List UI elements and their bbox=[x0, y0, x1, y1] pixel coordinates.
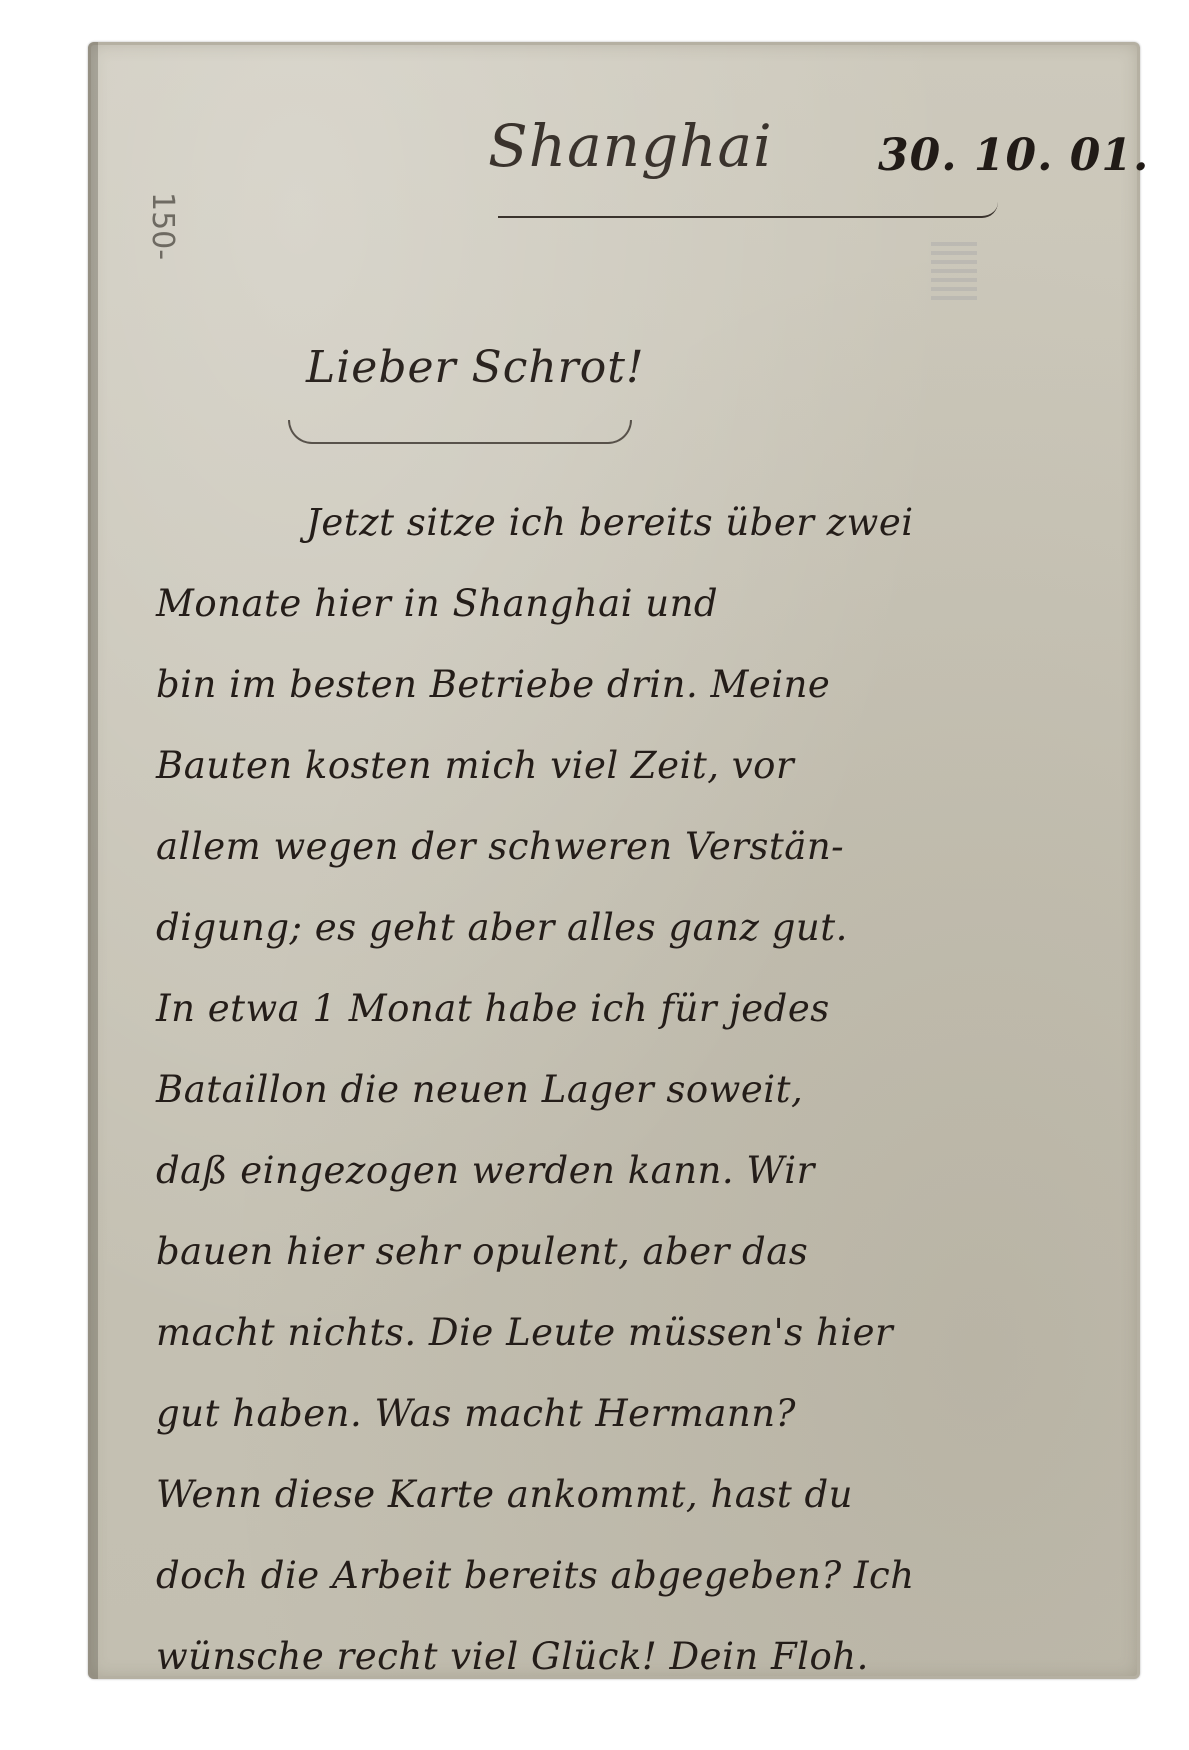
body-line: Bauten kosten mich viel Zeit, vor bbox=[156, 725, 915, 806]
header-place: Shanghai bbox=[488, 112, 773, 180]
body-line: Jetzt sitze ich bereits über zwei bbox=[156, 482, 915, 563]
body-line: digung; es geht aber alles ganz gut. bbox=[156, 887, 915, 968]
faded-stamp-mark bbox=[931, 242, 977, 302]
body-line: bin im besten Betriebe drin. Meine bbox=[156, 644, 915, 725]
body-line: allem wegen der schweren Verstän- bbox=[156, 806, 915, 887]
body-line: Bataillon die neuen Lager soweit, bbox=[156, 1049, 915, 1130]
header-date: 30. 10. 01. bbox=[878, 130, 1149, 181]
body-line: Wenn diese Karte ankommt, hast du bbox=[156, 1454, 915, 1535]
body-line: daß eingezogen werden kann. Wir bbox=[156, 1130, 915, 1211]
letter-body: Jetzt sitze ich bereits über zwei Monate… bbox=[156, 482, 915, 1697]
body-line: macht nichts. Die Leute müssen's hier bbox=[156, 1292, 915, 1373]
salutation: Lieber Schrot! bbox=[306, 342, 645, 393]
body-line: In etwa 1 Monat habe ich für jedes bbox=[156, 968, 915, 1049]
salutation-flourish bbox=[288, 420, 632, 444]
signature-line: wünsche recht viel Glück! Dein Floh. bbox=[156, 1616, 915, 1697]
pencil-margin-number: 150- bbox=[145, 192, 180, 260]
postcard: 150- Shanghai 30. 10. 01. Lieber Schrot!… bbox=[88, 42, 1140, 1679]
body-line: gut haben. Was macht Hermann? bbox=[156, 1373, 915, 1454]
header-underline-flourish bbox=[498, 202, 998, 218]
body-line: bauen hier sehr opulent, aber das bbox=[156, 1211, 915, 1292]
body-line: doch die Arbeit bereits abgegeben? Ich bbox=[156, 1535, 915, 1616]
body-line: Monate hier in Shanghai und bbox=[156, 563, 915, 644]
